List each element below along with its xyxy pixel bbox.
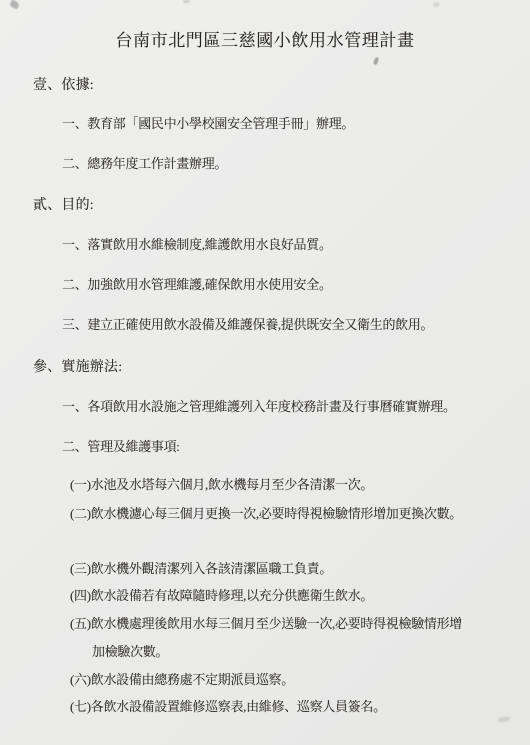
scan-artifact	[9, 0, 20, 10]
section-heading-2: 貳、目的:	[33, 194, 94, 214]
scan-artifact	[433, 2, 440, 7]
sub-list-item: (三)飲水機外觀清潔列入各該清潔區職工負責。	[70, 555, 464, 583]
document-title: 台南市北門區三慈國小飲用水管理計畫	[0, 26, 530, 51]
list-item: 二、總務年度工作計畫辦理。	[62, 153, 227, 172]
scan-artifact	[183, 0, 190, 3]
list-item: 三、建立正確使用飲水設備及維護保養,提供既安全又衛生的飲用。	[62, 314, 433, 333]
scan-artifact	[373, 57, 379, 66]
list-item: 一、教育部「國民中小學校園安全管理手冊」辦理。	[62, 113, 354, 132]
sub-list-item: (二)飲水機濾心每三個月更換一次,必要時得視檢驗情形增加更換次數。	[70, 500, 464, 528]
section-heading-1: 壹、依據:	[33, 74, 94, 94]
sub-list-item: (一)水池及水塔每六個月,飲水機每月至少各清潔一次。	[70, 471, 464, 499]
sub-list-item: (四)飲水設備若有故障隨時修理,以充分供應衛生飲水。	[70, 582, 464, 610]
sub-list-item: (六)飲水設備由總務處不定期派員巡察。	[70, 666, 464, 694]
list-item: 一、各項飲用水設施之管理維護列入年度校務計畫及行事曆確實辦理。	[62, 396, 456, 415]
list-item: 二、管理及維護事項:	[62, 436, 180, 455]
sub-list-item: (七)各飲水設備設置維修巡察表,由維修、巡察人員簽名。	[70, 693, 464, 721]
document-page: 台南市北門區三慈國小飲用水管理計畫 壹、依據: 一、教育部「國民中小學校園安全管…	[0, 0, 530, 745]
section-heading-3: 參、實施辦法:	[33, 356, 122, 376]
list-item: 一、落實飲用水維檢制度,維護飲用水良好品質。	[62, 234, 332, 253]
sub-list-item: (五)飲水機處理後飲用水每三個月至少送驗一次,必要時得視檢驗情形增加檢驗次數。	[70, 610, 464, 666]
list-item: 二、加強飲用水管理維護,確保飲用水使用安全。	[62, 274, 332, 293]
scan-artifact	[498, 716, 511, 723]
